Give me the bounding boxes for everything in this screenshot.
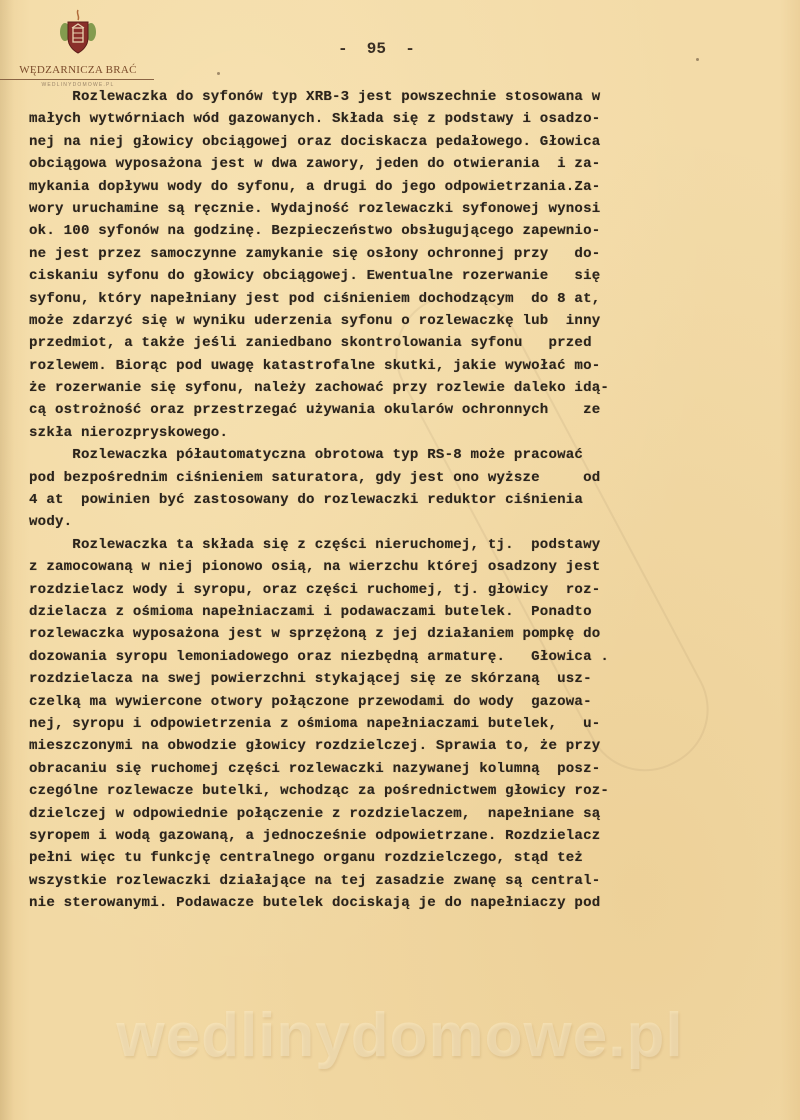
text-line: obracaniu się ruchomej części rozlewaczk… [29,758,719,780]
text-line: rozlewaczka wyposażona jest w sprzężoną … [29,623,719,645]
paper-speck [217,72,220,75]
text-line: wszystkie rozlewaczki działające na tej … [29,870,719,892]
text-line: ne jest przez samoczynne zamykanie się o… [29,243,719,265]
document-page: WĘDZARNICZA BRAĆ WEDLINYDOMOWE.PL - 95 -… [0,0,800,1120]
text-line: nej, syropu i odpowietrzenia z ośmioma n… [29,713,719,735]
text-line: ok. 100 syfonów na godzinę. Bezpieczeńst… [29,220,719,242]
text-line: pod bezpośrednim ciśnieniem saturatora, … [29,467,719,489]
text-line: 4 at powinien być zastosowany do rozlewa… [29,489,719,511]
text-line: mieszczonymi na obwodzie głowicy rozdzie… [29,735,719,757]
text-line: pełni więc tu funkcję centralnego organu… [29,847,719,869]
text-line: dzielczej w odpowiednie połączenie z roz… [29,803,719,825]
text-line: obciągowa wyposażona jest w dwa zawory, … [29,153,719,175]
text-line: dozowania syropu lemoniadowego oraz niez… [29,646,719,668]
text-line: mykania dopływu wody do syfonu, a drugi … [29,176,719,198]
text-line: ciskaniu syfonu do głowicy obciągowej. E… [29,265,719,287]
text-line: czelką ma wywiercone otwory połączone pr… [29,691,719,713]
text-line: że rozerwanie się syfonu, należy zachowa… [29,377,719,399]
typewritten-body: Rozlewaczka do syfonów typ XRB-3 jest po… [29,86,719,914]
text-line: małych wytwórniach wód gazowanych. Skład… [29,108,719,130]
text-line: Rozlewaczka do syfonów typ XRB-3 jest po… [29,86,719,108]
text-line: rozdzielacza na swej powierzchni stykają… [29,668,719,690]
paper-speck [696,58,699,61]
text-line: nej na niej głowicy obciągowej oraz doci… [29,131,719,153]
text-line: nie sterowanymi. Podawacze butelek docis… [29,892,719,914]
text-line: z zamocowaną w niej pionowo osią, na wie… [29,556,719,578]
text-line: syropem i wodą gazowaną, a jednocześnie … [29,825,719,847]
text-line: Rozlewaczka półautomatyczna obrotowa typ… [29,444,719,466]
logo-divider [0,79,154,80]
text-line: rozdzielacz wody i syropu, oraz części r… [29,579,719,601]
text-line: cą ostrożność oraz przestrzegać używania… [29,399,719,421]
text-line: dzielacza z ośmioma napełniaczami i poda… [29,601,719,623]
site-logo: WĘDZARNICZA BRAĆ WEDLINYDOMOWE.PL [8,8,148,88]
text-line: wody. [29,511,719,533]
text-line: czególne rozlewacze butelki, wchodząc za… [29,780,719,802]
text-line: może zdarzyć się w wyniku uderzenia syfo… [29,310,719,332]
logo-title: WĘDZARNICZA BRAĆ [8,64,148,76]
watermark: wedlinydomowe.pl [80,1000,720,1071]
text-line: rozlewem. Biorąc pod uwagę katastrofalne… [29,355,719,377]
text-line: wory uruchamine są ręcznie. Wydajność ro… [29,198,719,220]
page-number: - 95 - [338,40,415,58]
text-line: Rozlewaczka ta składa się z części nieru… [29,534,719,556]
coat-of-arms-icon [56,8,100,56]
text-line: szkła nierozpryskowego. [29,422,719,444]
text-line: syfonu, który napełniany jest pod ciśnie… [29,288,719,310]
text-line: przedmiot, a także jeśli zaniedbano skon… [29,332,719,354]
